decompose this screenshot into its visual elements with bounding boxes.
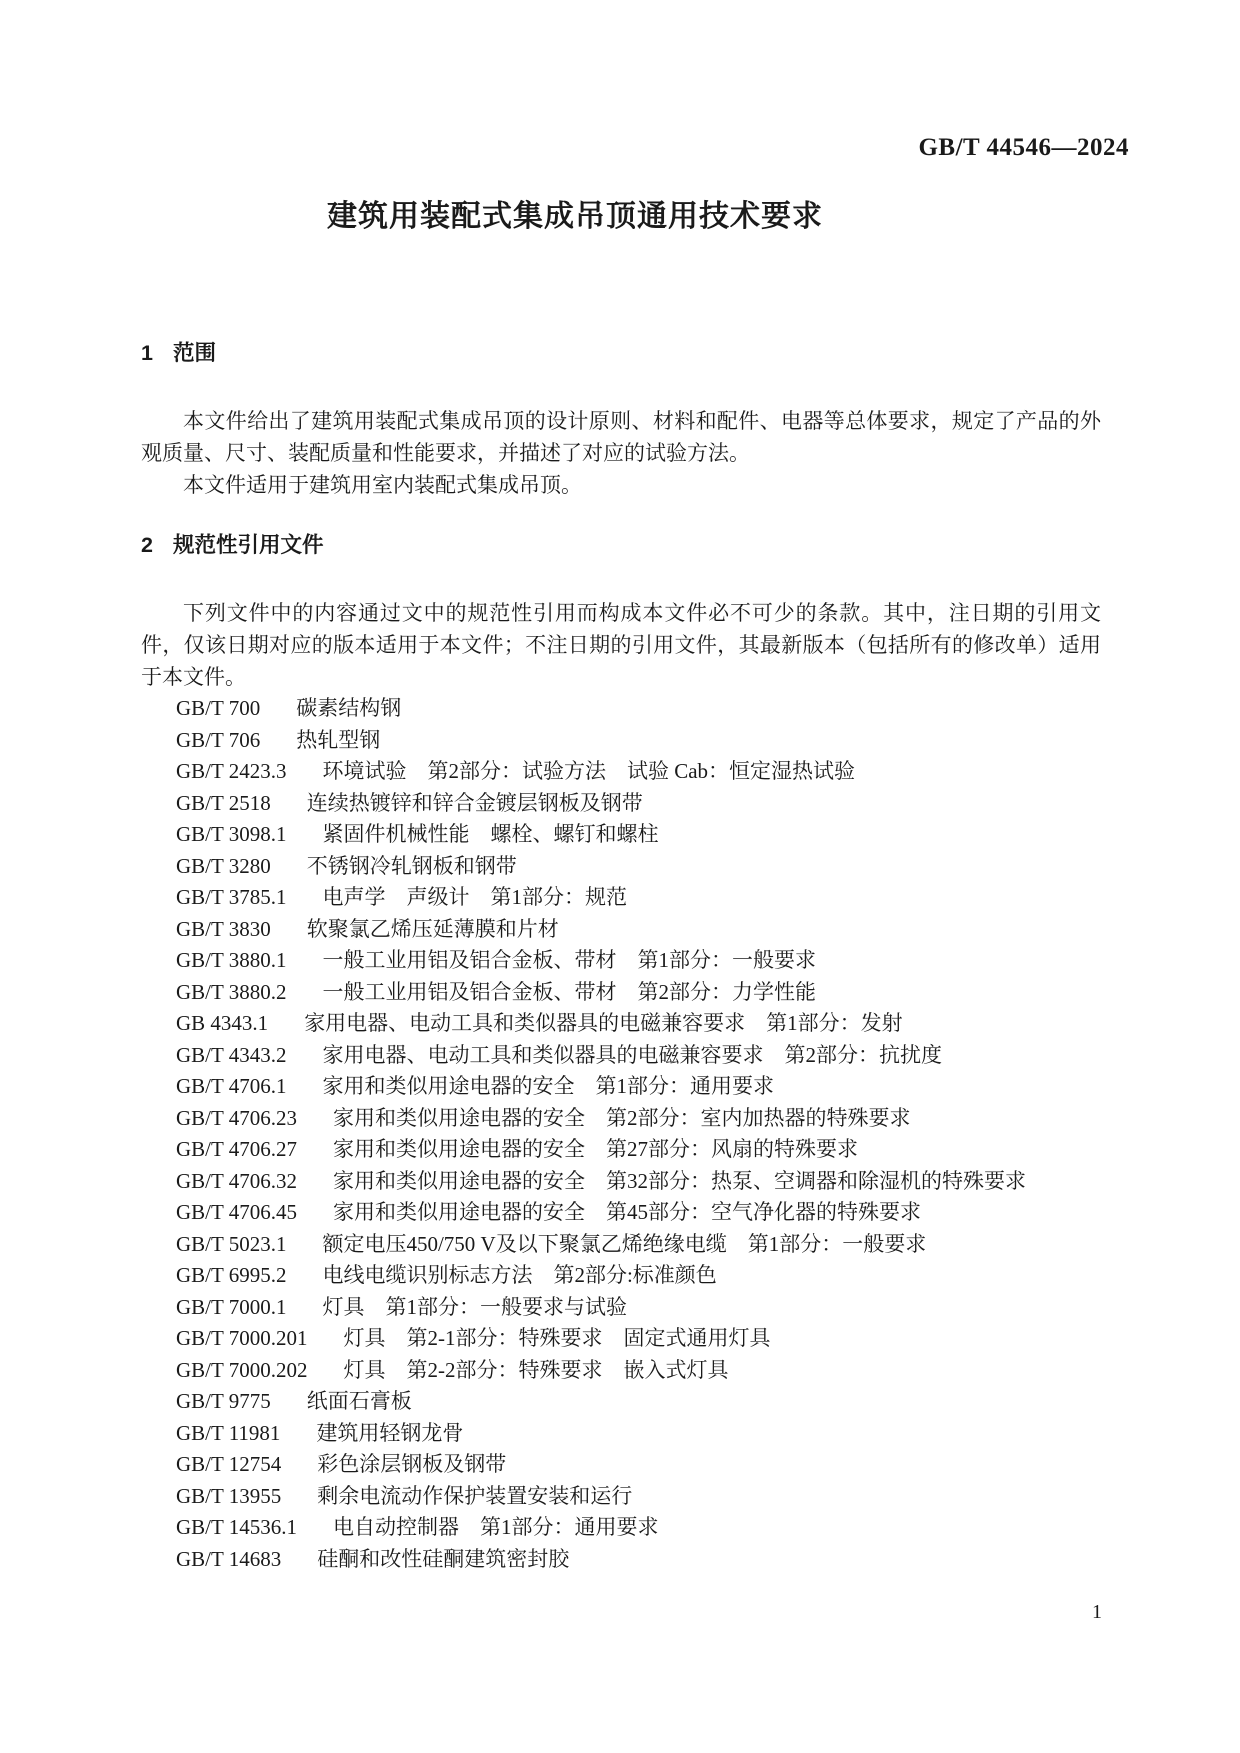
reference-item: GB/T 3830软聚氯乙烯压延薄膜和片材: [176, 914, 1160, 946]
reference-title: 一般工业用铝及铝合金板、带材 第2部分：力学性能: [322, 980, 816, 1004]
reference-item: GB 4343.1家用电器、电动工具和类似器具的电磁兼容要求 第1部分：发射: [176, 1008, 1160, 1040]
reference-title: 热轧型钢: [296, 728, 380, 752]
section-2-heading: 2规范性引用文件: [141, 531, 1101, 559]
reference-item: GB/T 13955剩余电流动作保护装置安装和运行: [176, 1481, 1160, 1513]
reference-item: GB/T 2518连续热镀锌和锌合金镀层钢板及钢带: [176, 788, 1160, 820]
reference-item: GB/T 3280不锈钢冷轧钢板和钢带: [176, 851, 1160, 883]
reference-item: GB/T 11981建筑用轻钢龙骨: [176, 1418, 1160, 1450]
reference-title: 灯具 第2-1部分：特殊要求 固定式通用灯具: [343, 1326, 770, 1350]
reference-title: 家用和类似用途电器的安全 第45部分：空气净化器的特殊要求: [333, 1200, 921, 1224]
reference-item: GB/T 4706.27家用和类似用途电器的安全 第27部分：风扇的特殊要求: [176, 1134, 1160, 1166]
reference-title: 纸面石膏板: [307, 1389, 412, 1413]
reference-title: 紧固件机械性能 螺栓、螺钉和螺柱: [322, 822, 658, 846]
reference-code: GB/T 14683: [176, 1547, 281, 1571]
standard-number: GB/T 44546—2024: [918, 134, 1129, 161]
reference-item: GB/T 3880.1一般工业用铝及铝合金板、带材 第1部分：一般要求: [176, 945, 1160, 977]
reference-code: GB/T 9775: [176, 1389, 271, 1413]
reference-item: GB/T 4343.2家用电器、电动工具和类似器具的电磁兼容要求 第2部分：抗扰…: [176, 1040, 1160, 1072]
reference-title: 剩余电流动作保护装置安装和运行: [317, 1484, 632, 1508]
reference-title: 不锈钢冷轧钢板和钢带: [307, 854, 517, 878]
reference-title: 额定电压450/750 V及以下聚氯乙烯绝缘电缆 第1部分：一般要求: [322, 1232, 926, 1256]
reference-title: 软聚氯乙烯压延薄膜和片材: [307, 917, 559, 941]
reference-code: GB/T 12754: [176, 1452, 281, 1476]
section-2-number: 2: [141, 531, 153, 559]
reference-code: GB/T 706: [176, 728, 260, 752]
reference-code: GB/T 4343.2: [176, 1043, 286, 1067]
reference-item: GB/T 9775纸面石膏板: [176, 1386, 1160, 1418]
reference-item: GB/T 3880.2一般工业用铝及铝合金板、带材 第2部分：力学性能: [176, 977, 1160, 1009]
reference-code: GB/T 11981: [176, 1421, 280, 1445]
reference-code: GB/T 3785.1: [176, 885, 286, 909]
references-list: GB/T 700碳素结构钢 GB/T 706热轧型钢 GB/T 2423.3环境…: [141, 693, 1160, 1575]
document-title: 建筑用装配式集成吊顶通用技术要求: [141, 195, 1009, 239]
reference-title: 家用和类似用途电器的安全 第1部分：通用要求: [322, 1074, 774, 1098]
reference-item: GB/T 7000.202灯具 第2-2部分：特殊要求 嵌入式灯具: [176, 1355, 1160, 1387]
reference-title: 灯具 第2-2部分：特殊要求 嵌入式灯具: [343, 1358, 728, 1382]
reference-code: GB/T 2518: [176, 791, 271, 815]
reference-code: GB/T 13955: [176, 1484, 281, 1508]
reference-code: GB 4343.1: [176, 1011, 268, 1035]
reference-item: GB/T 4706.23家用和类似用途电器的安全 第2部分：室内加热器的特殊要求: [176, 1103, 1160, 1135]
scope-paragraph-1: 本文件给出了建筑用装配式集成吊顶的设计原则、材料和配件、电器等总体要求，规定了产…: [141, 405, 1101, 469]
section-1-number: 1: [141, 339, 153, 367]
reference-code: GB/T 4706.1: [176, 1074, 286, 1098]
reference-item: GB/T 7000.201灯具 第2-1部分：特殊要求 固定式通用灯具: [176, 1323, 1160, 1355]
document-page: GB/T 44546—2024 建筑用装配式集成吊顶通用技术要求 1范围 本文件…: [0, 0, 1240, 1753]
reference-title: 一般工业用铝及铝合金板、带材 第1部分：一般要求: [322, 948, 816, 972]
reference-code: GB/T 6995.2: [176, 1263, 286, 1287]
reference-title: 电声学 声级计 第1部分：规范: [322, 885, 627, 909]
reference-title: 家用电器、电动工具和类似器具的电磁兼容要求 第2部分：抗扰度: [322, 1043, 942, 1067]
page-number: 1: [1092, 1600, 1102, 1624]
reference-item: GB/T 706热轧型钢: [176, 725, 1160, 757]
reference-item: GB/T 7000.1灯具 第1部分：一般要求与试验: [176, 1292, 1160, 1324]
reference-code: GB/T 5023.1: [176, 1232, 286, 1256]
reference-code: GB/T 4706.23: [176, 1106, 297, 1130]
reference-code: GB/T 3880.2: [176, 980, 286, 1004]
reference-title: 家用和类似用途电器的安全 第27部分：风扇的特殊要求: [333, 1137, 858, 1161]
reference-title: 灯具 第1部分：一般要求与试验: [322, 1295, 627, 1319]
reference-item: GB/T 12754彩色涂层钢板及钢带: [176, 1449, 1160, 1481]
reference-code: GB/T 2423.3: [176, 759, 286, 783]
section-2-title: 规范性引用文件: [173, 533, 324, 557]
reference-title: 硅酮和改性硅酮建筑密封胶: [317, 1547, 569, 1571]
reference-title: 环境试验 第2部分：试验方法 试验 Cab：恒定湿热试验: [322, 759, 855, 783]
reference-item: GB/T 4706.45家用和类似用途电器的安全 第45部分：空气净化器的特殊要…: [176, 1197, 1160, 1229]
reference-title: 家用电器、电动工具和类似器具的电磁兼容要求 第1部分：发射: [304, 1011, 903, 1035]
reference-item: GB/T 5023.1额定电压450/750 V及以下聚氯乙烯绝缘电缆 第1部分…: [176, 1229, 1160, 1261]
reference-title: 电线电缆识别标志方法 第2部分:标准颜色: [322, 1263, 716, 1287]
reference-title: 彩色涂层钢板及钢带: [317, 1452, 506, 1476]
reference-item: GB/T 3785.1电声学 声级计 第1部分：规范: [176, 882, 1160, 914]
reference-title: 碳素结构钢: [296, 696, 401, 720]
reference-title: 连续热镀锌和锌合金镀层钢板及钢带: [307, 791, 643, 815]
reference-code: GB/T 4706.32: [176, 1169, 297, 1193]
reference-code: GB/T 3280: [176, 854, 271, 878]
reference-item: GB/T 14536.1电自动控制器 第1部分：通用要求: [176, 1512, 1160, 1544]
reference-item: GB/T 2423.3环境试验 第2部分：试验方法 试验 Cab：恒定湿热试验: [176, 756, 1160, 788]
reference-title: 建筑用轻钢龙骨: [316, 1421, 463, 1445]
reference-title: 家用和类似用途电器的安全 第32部分：热泵、空调器和除湿机的特殊要求: [333, 1169, 1026, 1193]
section-scope: 1范围 本文件给出了建筑用装配式集成吊顶的设计原则、材料和配件、电器等总体要求，…: [0, 339, 1240, 501]
reference-code: GB/T 7000.202: [176, 1358, 307, 1382]
reference-title: 电自动控制器 第1部分：通用要求: [333, 1515, 659, 1539]
reference-code: GB/T 14536.1: [176, 1515, 297, 1539]
section-normative-references: 2规范性引用文件 下列文件中的内容通过文中的规范性引用而构成本文件必不可少的条款…: [0, 531, 1240, 1575]
reference-item: GB/T 700碳素结构钢: [176, 693, 1160, 725]
reference-item: GB/T 14683硅酮和改性硅酮建筑密封胶: [176, 1544, 1160, 1576]
reference-code: GB/T 4706.45: [176, 1200, 297, 1224]
reference-item: GB/T 4706.32家用和类似用途电器的安全 第32部分：热泵、空调器和除湿…: [176, 1166, 1160, 1198]
reference-item: GB/T 3098.1紧固件机械性能 螺栓、螺钉和螺柱: [176, 819, 1160, 851]
reference-code: GB/T 3880.1: [176, 948, 286, 972]
reference-code: GB/T 4706.27: [176, 1137, 297, 1161]
reference-code: GB/T 7000.1: [176, 1295, 286, 1319]
reference-code: GB/T 3098.1: [176, 822, 286, 846]
references-intro-paragraph: 下列文件中的内容通过文中的规范性引用而构成本文件必不可少的条款。其中，注日期的引…: [141, 597, 1101, 693]
reference-item: GB/T 6995.2电线电缆识别标志方法 第2部分:标准颜色: [176, 1260, 1160, 1292]
scope-paragraph-2: 本文件适用于建筑用室内装配式集成吊顶。: [141, 469, 1101, 501]
reference-code: GB/T 7000.201: [176, 1326, 307, 1350]
reference-title: 家用和类似用途电器的安全 第2部分：室内加热器的特殊要求: [333, 1106, 911, 1130]
section-1-title: 范围: [173, 341, 216, 365]
reference-code: GB/T 700: [176, 696, 260, 720]
reference-code: GB/T 3830: [176, 917, 271, 941]
document-header: GB/T 44546—2024: [0, 0, 1240, 165]
section-1-heading: 1范围: [141, 339, 1101, 367]
reference-item: GB/T 4706.1家用和类似用途电器的安全 第1部分：通用要求: [176, 1071, 1160, 1103]
